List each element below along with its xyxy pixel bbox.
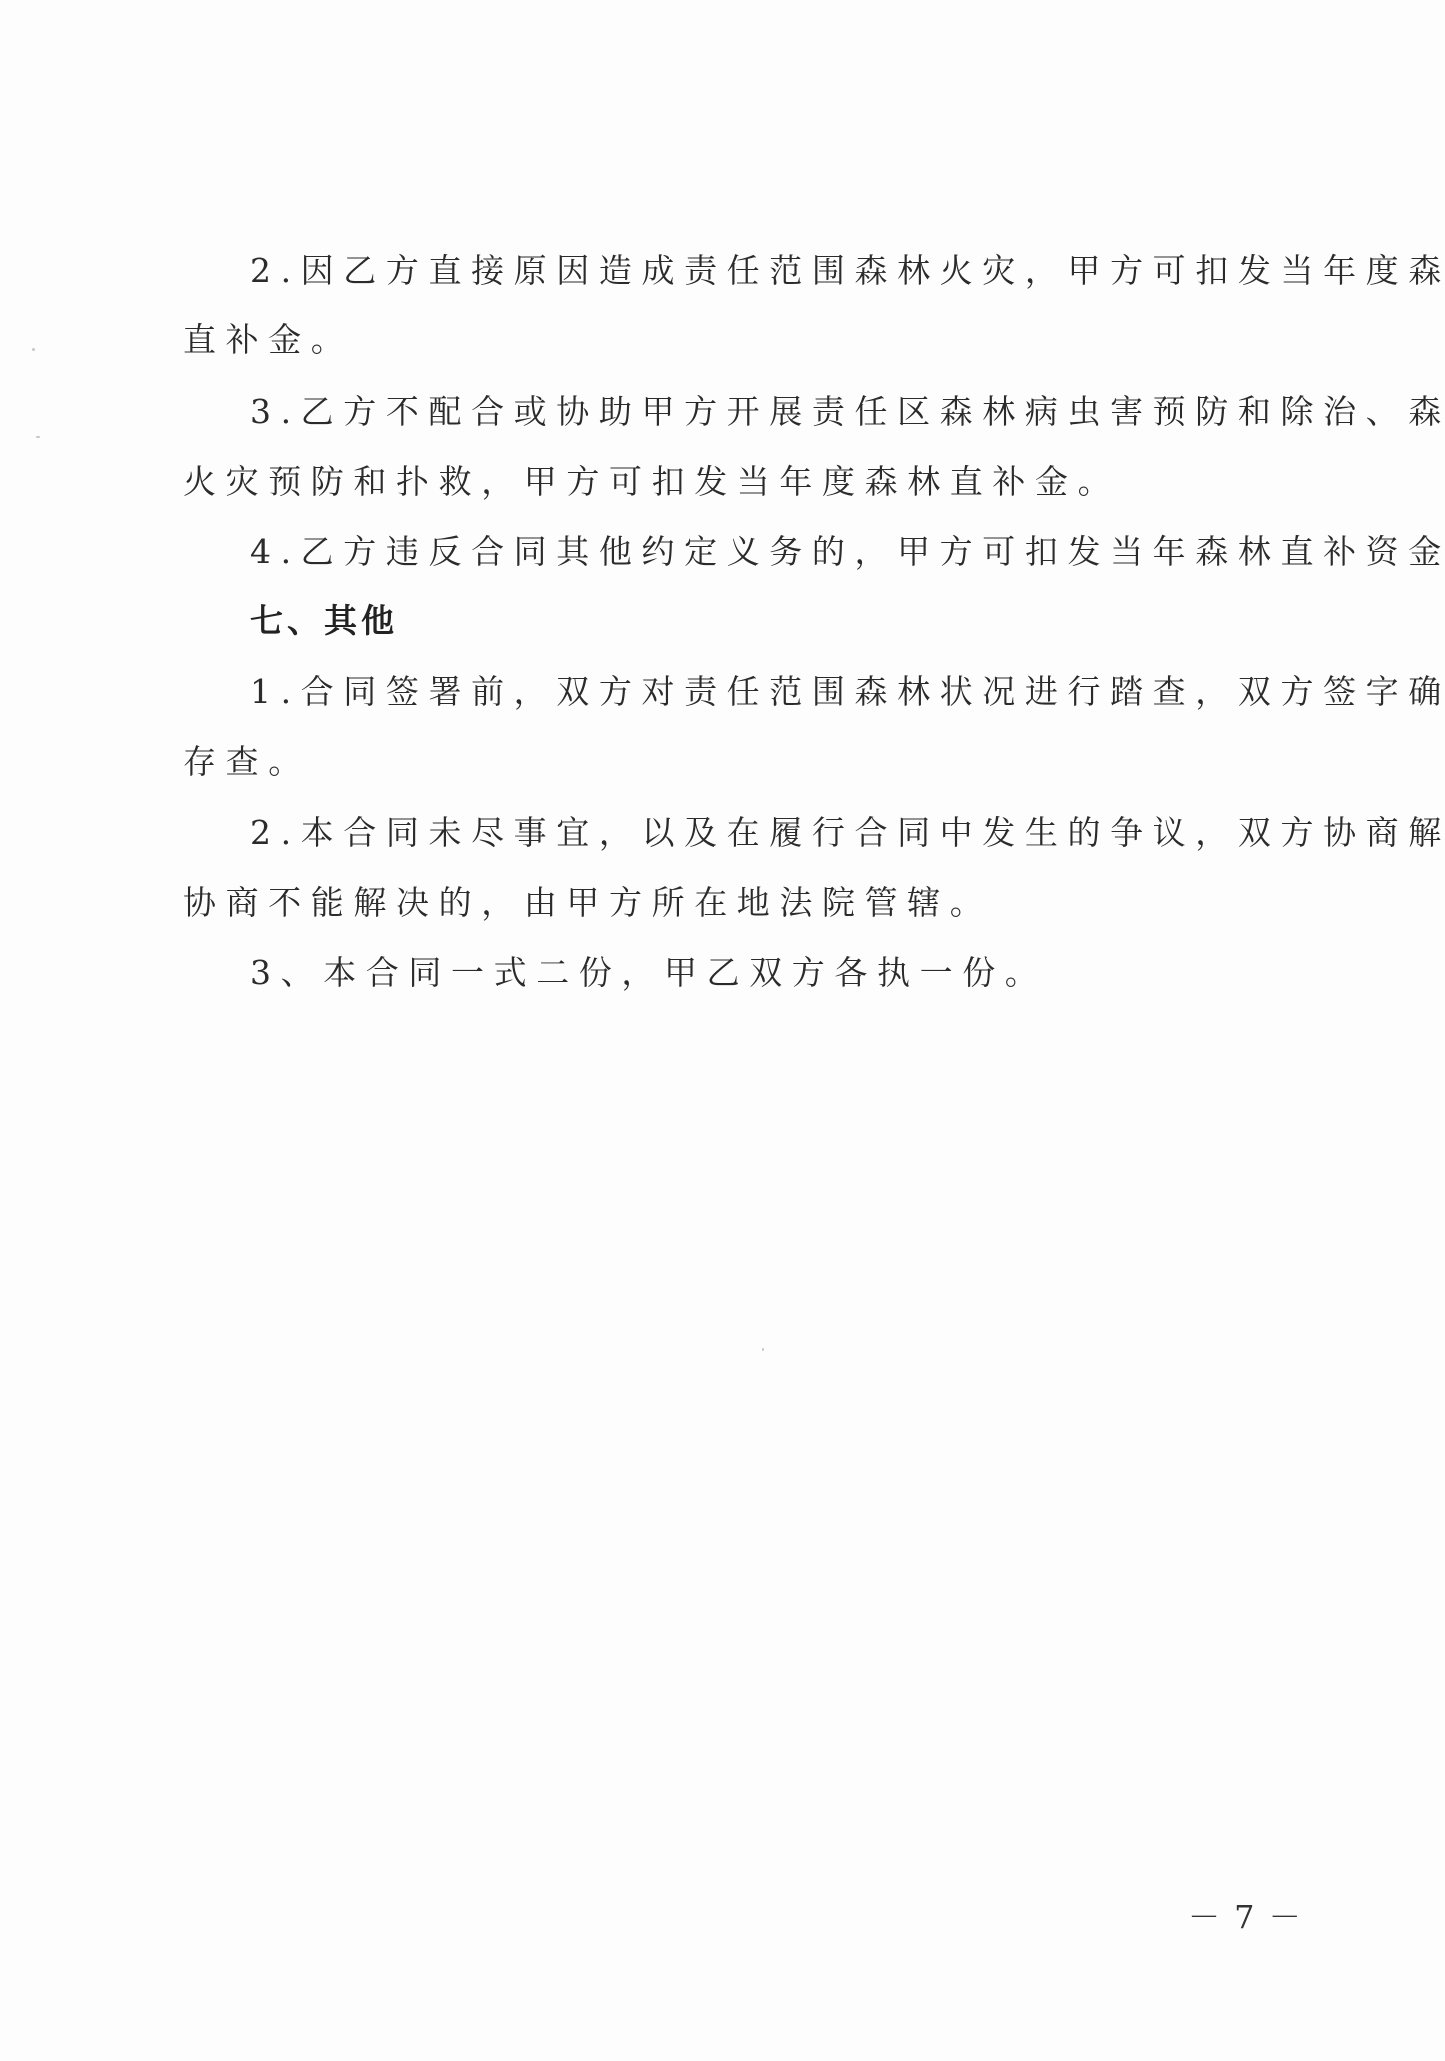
scan-speck xyxy=(32,348,35,351)
page-number: － 7 － xyxy=(1188,1897,1303,1937)
document-page: 2.因乙方直接原因造成责任范围森林火灾，甲方可扣发当年度森林 直补金。 3.乙方… xyxy=(0,0,1445,2061)
paragraph-clause-2-line-1: 2.因乙方直接原因造成责任范围森林火灾，甲方可扣发当年度森林 xyxy=(250,251,1335,291)
paragraph-other-1-line-1: 1.合同签署前，双方对责任范围森林状况进行踏查，双方签字确认 xyxy=(250,672,1335,712)
paragraph-other-2-line-1: 2.本合同未尽事宜，以及在履行合同中发生的争议，双方协商解决。 xyxy=(250,813,1335,853)
section-heading-other: 七、其他 xyxy=(250,601,1335,641)
paragraph-clause-3-line-2: 火灾预防和扑救，甲方可扣发当年度森林直补金。 xyxy=(183,462,1268,502)
paragraph-clause-2-line-2: 直补金。 xyxy=(183,320,1268,360)
paragraph-clause-3-line-1: 3.乙方不配合或协助甲方开展责任区森林病虫害预防和除治、森林 xyxy=(250,392,1335,432)
paragraph-other-2-line-2: 协商不能解决的，由甲方所在地法院管辖。 xyxy=(183,883,1268,923)
paragraph-clause-4-line-1: 4.乙方违反合同其他约定义务的，甲方可扣发当年森林直补资金。 xyxy=(250,532,1335,572)
paragraph-other-1-line-2: 存查。 xyxy=(183,742,1268,782)
paragraph-other-3-line-1: 3、本合同一式二份，甲乙双方各执一份。 xyxy=(250,953,1335,993)
scan-speck xyxy=(762,1348,764,1351)
scan-speck xyxy=(36,436,40,438)
